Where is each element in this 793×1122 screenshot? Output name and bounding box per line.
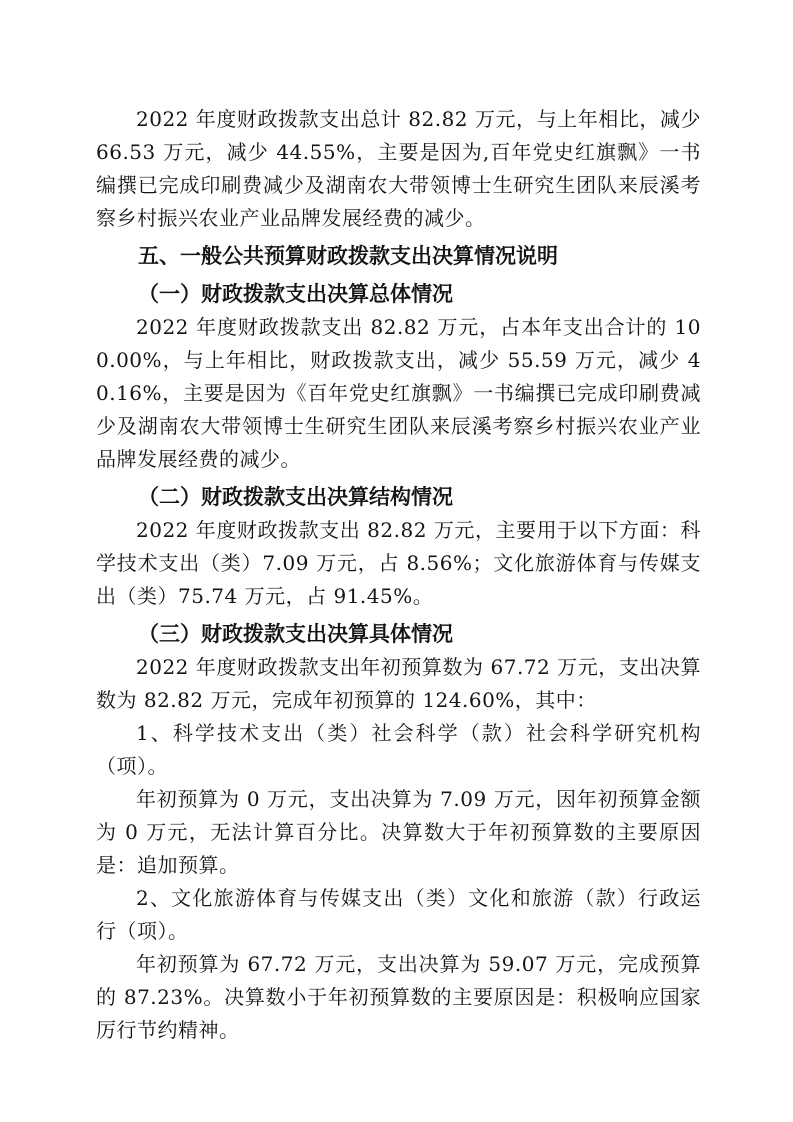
subsection-3-item-2-detail: 年初预算为 67.72 万元，支出决算为 59.07 万元，完成预算的 87.2… <box>96 948 701 1047</box>
subsection-3-item-2-title: 2、文化旅游体育与传媒支出（类）文化和旅游（款）行政运行（项）。 <box>96 882 701 948</box>
subsection-2-heading: （二）财政拨款支出决算结构情况 <box>96 481 701 514</box>
subsection-1-heading: （一）财政拨款支出决算总体情况 <box>96 278 701 311</box>
intro-paragraph: 2022 年度财政拨款支出总计 82.82 万元，与上年相比，减少 66.53 … <box>96 103 701 235</box>
subsection-1-paragraph: 2022 年度财政拨款支出 82.82 万元，占本年支出合计的 100.00%，… <box>96 311 701 476</box>
subsection-3-item-1-title: 1、科学技术支出（类）社会科学（款）社会科学研究机构（项）。 <box>96 717 701 783</box>
subsection-3-paragraph-overview: 2022 年度财政拨款支出年初预算数为 67.72 万元，支出决算数为 82.8… <box>96 651 701 717</box>
subsection-3-item-1-detail: 年初预算为 0 万元，支出决算为 7.09 万元，因年初预算金额为 0 万元，无… <box>96 783 701 882</box>
subsection-2-paragraph: 2022 年度财政拨款支出 82.82 万元，主要用于以下方面：科学技术支出（类… <box>96 514 701 613</box>
document-page: 2022 年度财政拨款支出总计 82.82 万元，与上年相比，减少 66.53 … <box>0 0 793 1122</box>
subsection-3-heading: （三）财政拨款支出决算具体情况 <box>96 618 701 651</box>
section-heading-5: 五、一般公共预算财政拨款支出决算情况说明 <box>96 240 701 273</box>
